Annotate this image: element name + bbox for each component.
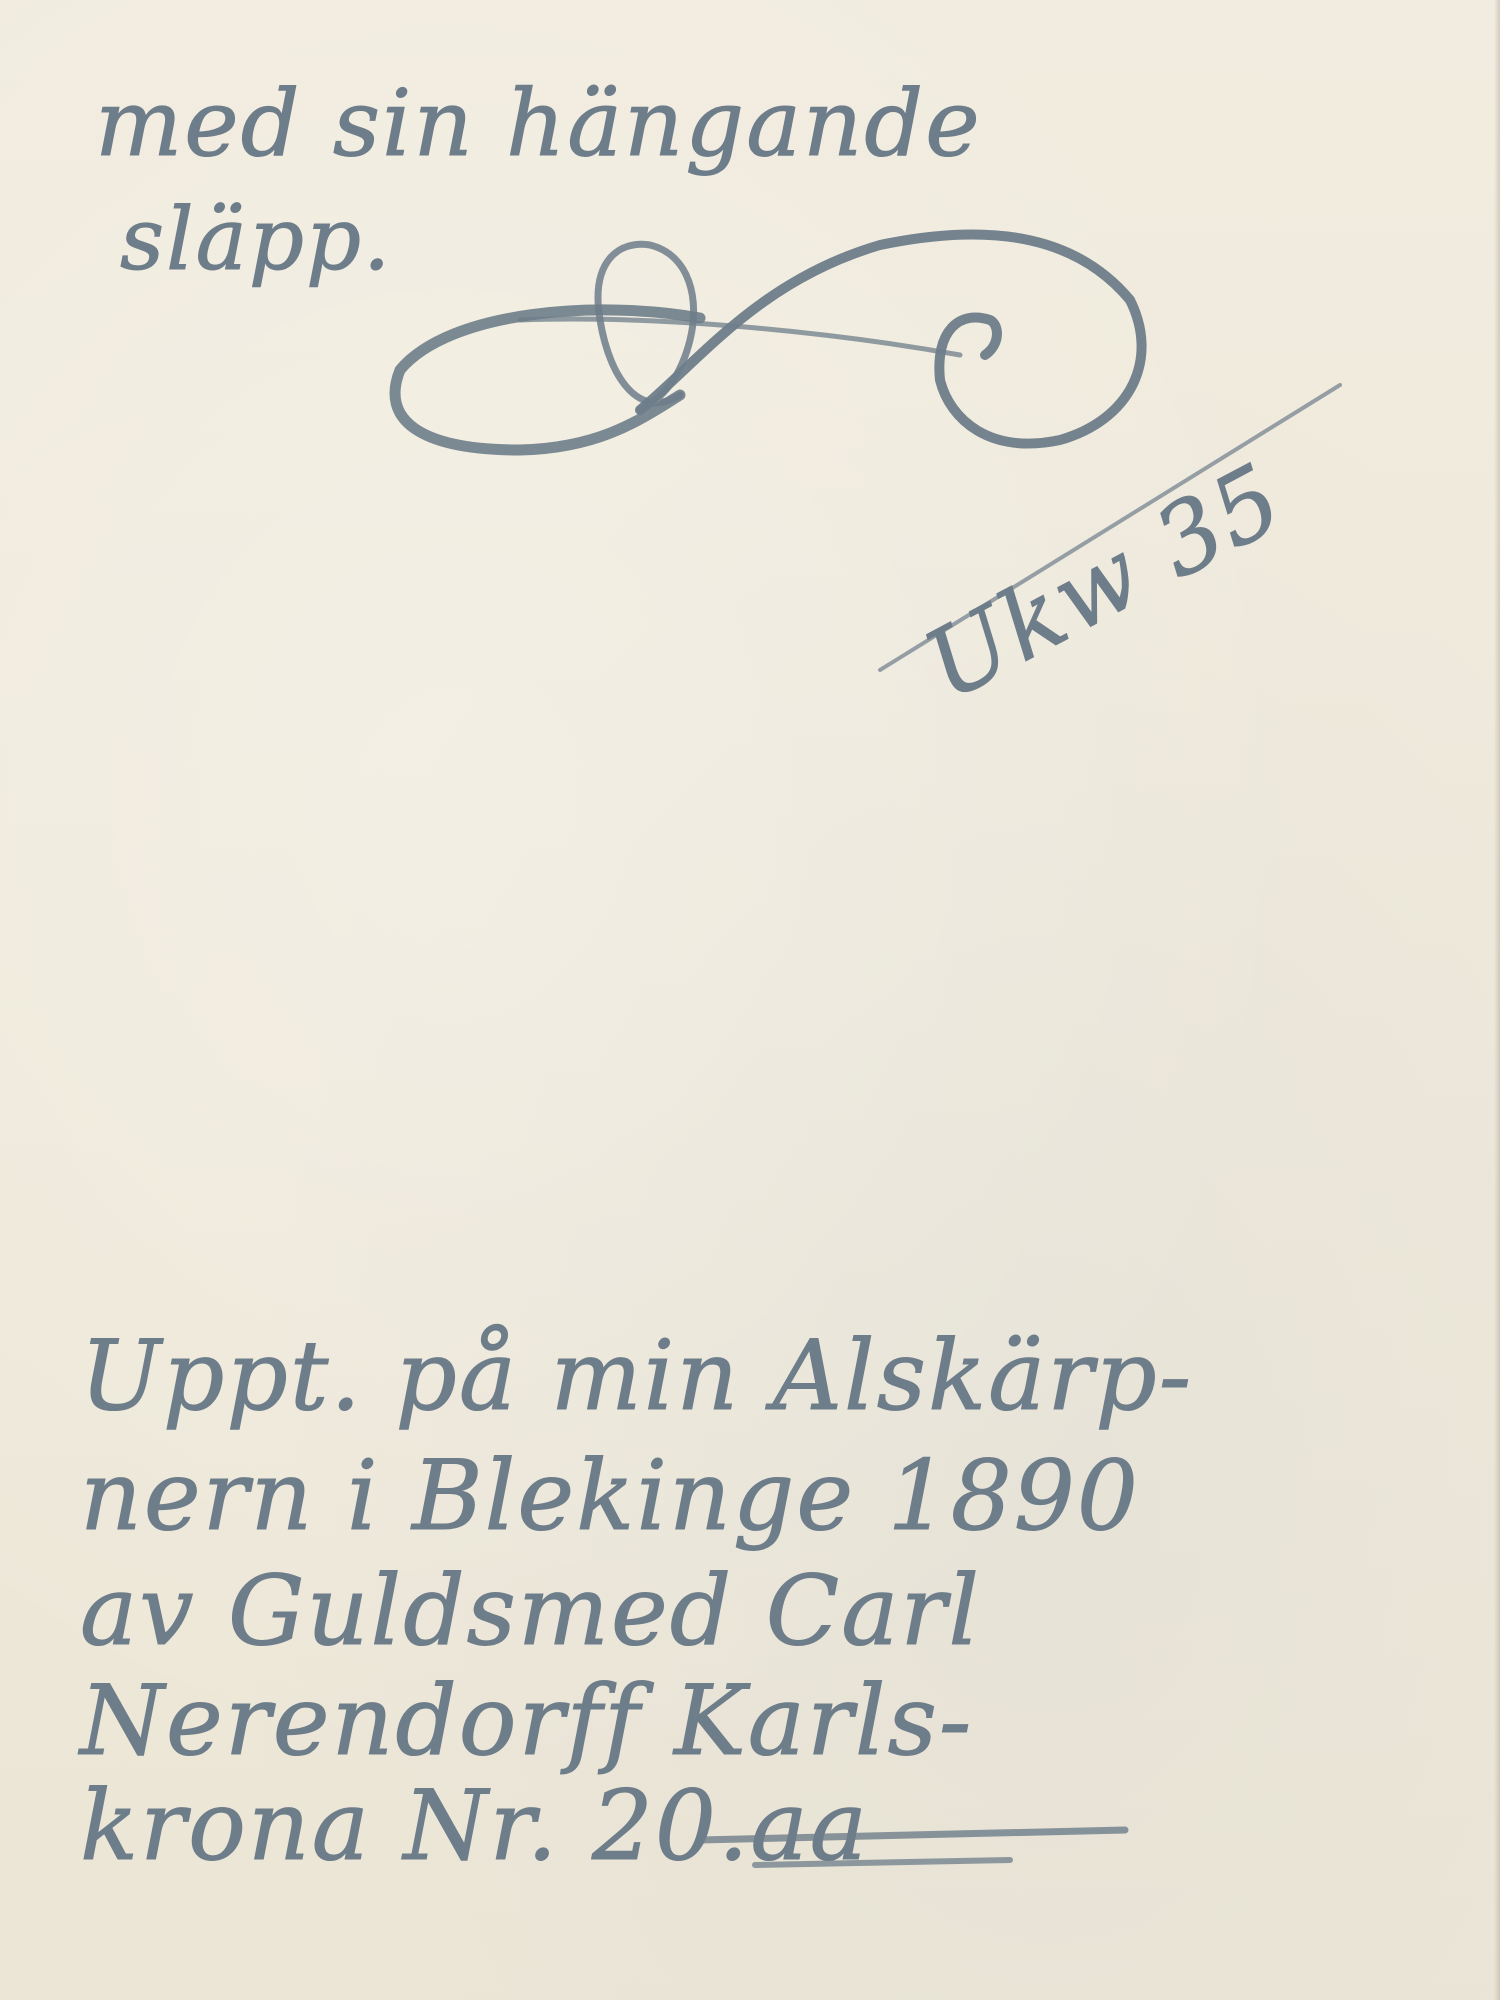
- bottom-text-line-1: Uppt. på min Alskärp-: [80, 1320, 1193, 1432]
- bottom-text-line-5: krona Nr. 20.aa: [80, 1770, 869, 1882]
- bottom-text-line-2: nern i Blekinge 1890: [80, 1440, 1140, 1552]
- bottom-text-line-3: av Guldsmed Carl: [80, 1555, 981, 1667]
- bottom-text-line-4: Nerendorff Karls-: [80, 1665, 973, 1777]
